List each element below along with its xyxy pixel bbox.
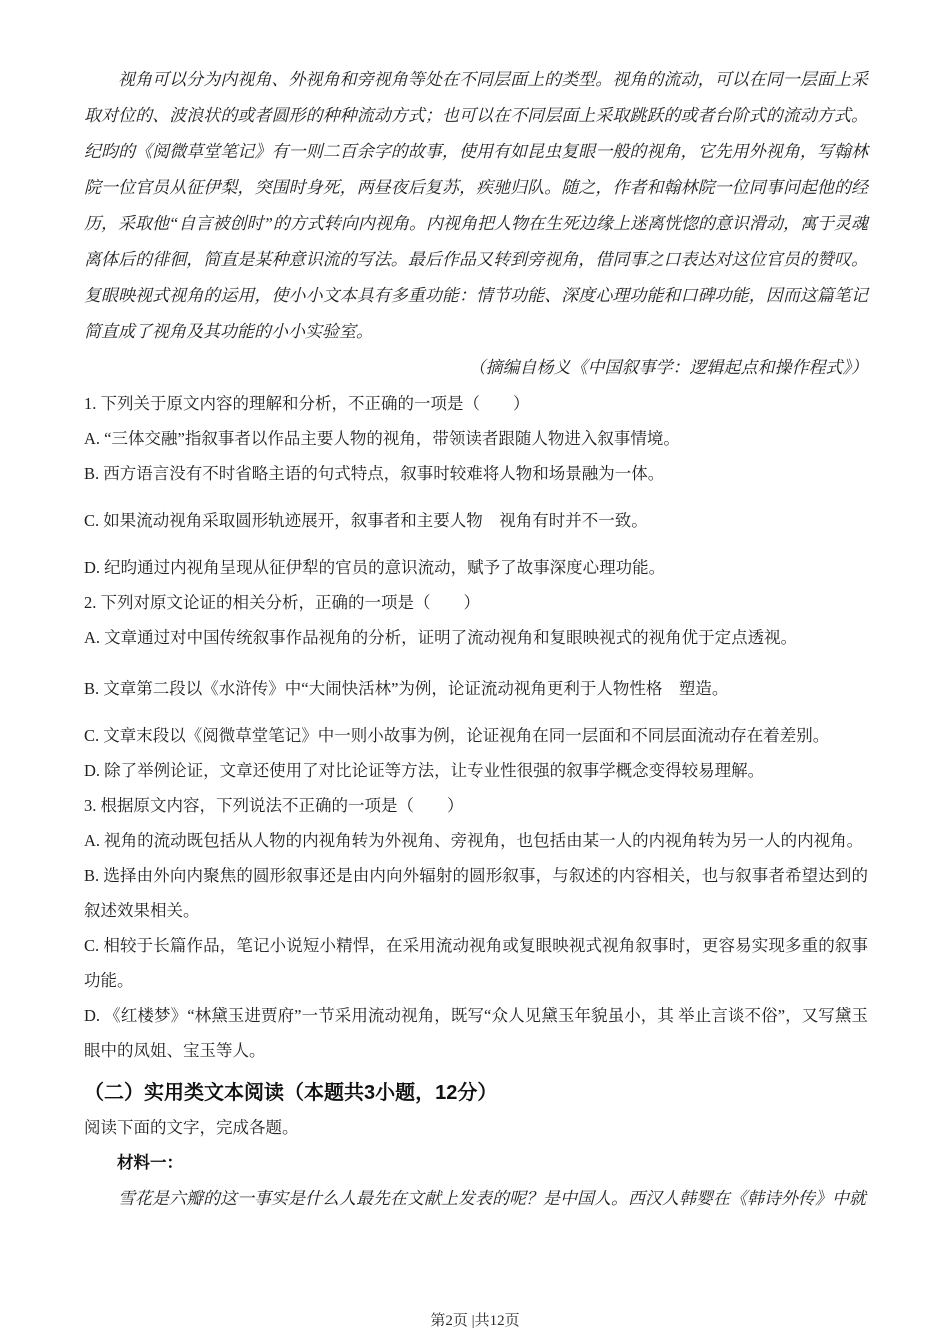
question-2-option-d: D. 除了举例论证，文章还使用了对比论证等方法，让专业性很强的叙事学概念变得较易… [84,753,868,788]
page-content: 视角可以分为内视角、外视角和旁视角等处在不同层面上的类型。视角的流动，可以在同一… [84,62,868,1217]
question-2-option-b: B. 文章第二段以《水浒传》中“大闹快活林”为例，论证流动视角更利于人物性格 塑… [84,671,868,706]
passage-paragraph: 视角可以分为内视角、外视角和旁视角等处在不同层面上的类型。视角的流动，可以在同一… [84,62,868,350]
question-3-option-b: B. 选择由外向内聚焦的圆形叙事还是由内向外辐射的圆形叙事，与叙述的内容相关，也… [84,858,868,928]
reading-instruction: 阅读下面的文字，完成各题。 [84,1110,868,1145]
question-1: 1. 下列关于原文内容的理解和分析，不正确的一项是（ ） A. “三体交融”指叙… [84,386,868,585]
page-footer: 第2页 |共12页 [0,1309,950,1330]
question-1-option-b: B. 西方语言没有不时省略主语的句式特点，叙事时较难将人物和场景融为一体。 [84,456,868,491]
question-2-option-c: C. 文章末段以《阅微草堂笔记》中一则小故事为例，论证视角在同一层面和不同层面流… [84,718,868,753]
question-1-option-d: D. 纪昀通过内视角呈现从征伊犁的官员的意识流动，赋予了故事深度心理功能。 [84,550,868,585]
question-2-option-a: A. 文章通过对中国传统叙事作品视角的分析，证明了流动视角和复眼映视式的视角优于… [84,620,868,655]
question-2: 2. 下列对原文论证的相关分析，正确的一项是（ ） A. 文章通过对中国传统叙事… [84,585,868,788]
question-3: 3. 根据原文内容，下列说法不正确的一项是（ ） A. 视角的流动既包括从人物的… [84,788,868,1068]
question-3-option-d: D. 《红楼梦》“林黛玉进贾府”一节采用流动视角，既写“众人见黛玉年貌虽小，其 … [84,998,868,1068]
exam-paper-page: 视角可以分为内视角、外视角和旁视角等处在不同层面上的类型。视角的流动，可以在同一… [0,0,950,1344]
question-3-option-c: C. 相较于长篇作品，笔记小说短小精悍，在采用流动视角或复眼映视式视角叙事时，更… [84,928,868,998]
section-2-heading: （二）实用类文本阅读（本题共3小题，12分） [84,1076,868,1110]
question-3-option-a: A. 视角的流动既包括从人物的内视角转为外视角、旁视角，也包括由某一人的内视角转… [84,823,868,858]
passage-attribution: （摘编自杨义《中国叙事学：逻辑起点和操作程式》） [84,350,868,386]
question-3-stem: 3. 根据原文内容，下列说法不正确的一项是（ ） [84,788,868,823]
question-1-option-c: C. 如果流动视角采取圆形轨迹展开，叙事者和主要人物 视角有时并不一致。 [84,503,868,538]
material-1-label: 材料一： [84,1145,868,1181]
question-2-stem: 2. 下列对原文论证的相关分析，正确的一项是（ ） [84,585,868,620]
question-1-option-a: A. “三体交融”指叙事者以作品主要人物的视角，带领读者跟随人物进入叙事情境。 [84,421,868,456]
material-1-text: 雪花是六瓣的这一事实是什么人最先在文献上发表的呢？是中国人。西汉人韩婴在《韩诗外… [84,1181,868,1217]
question-1-stem: 1. 下列关于原文内容的理解和分析，不正确的一项是（ ） [84,386,868,421]
